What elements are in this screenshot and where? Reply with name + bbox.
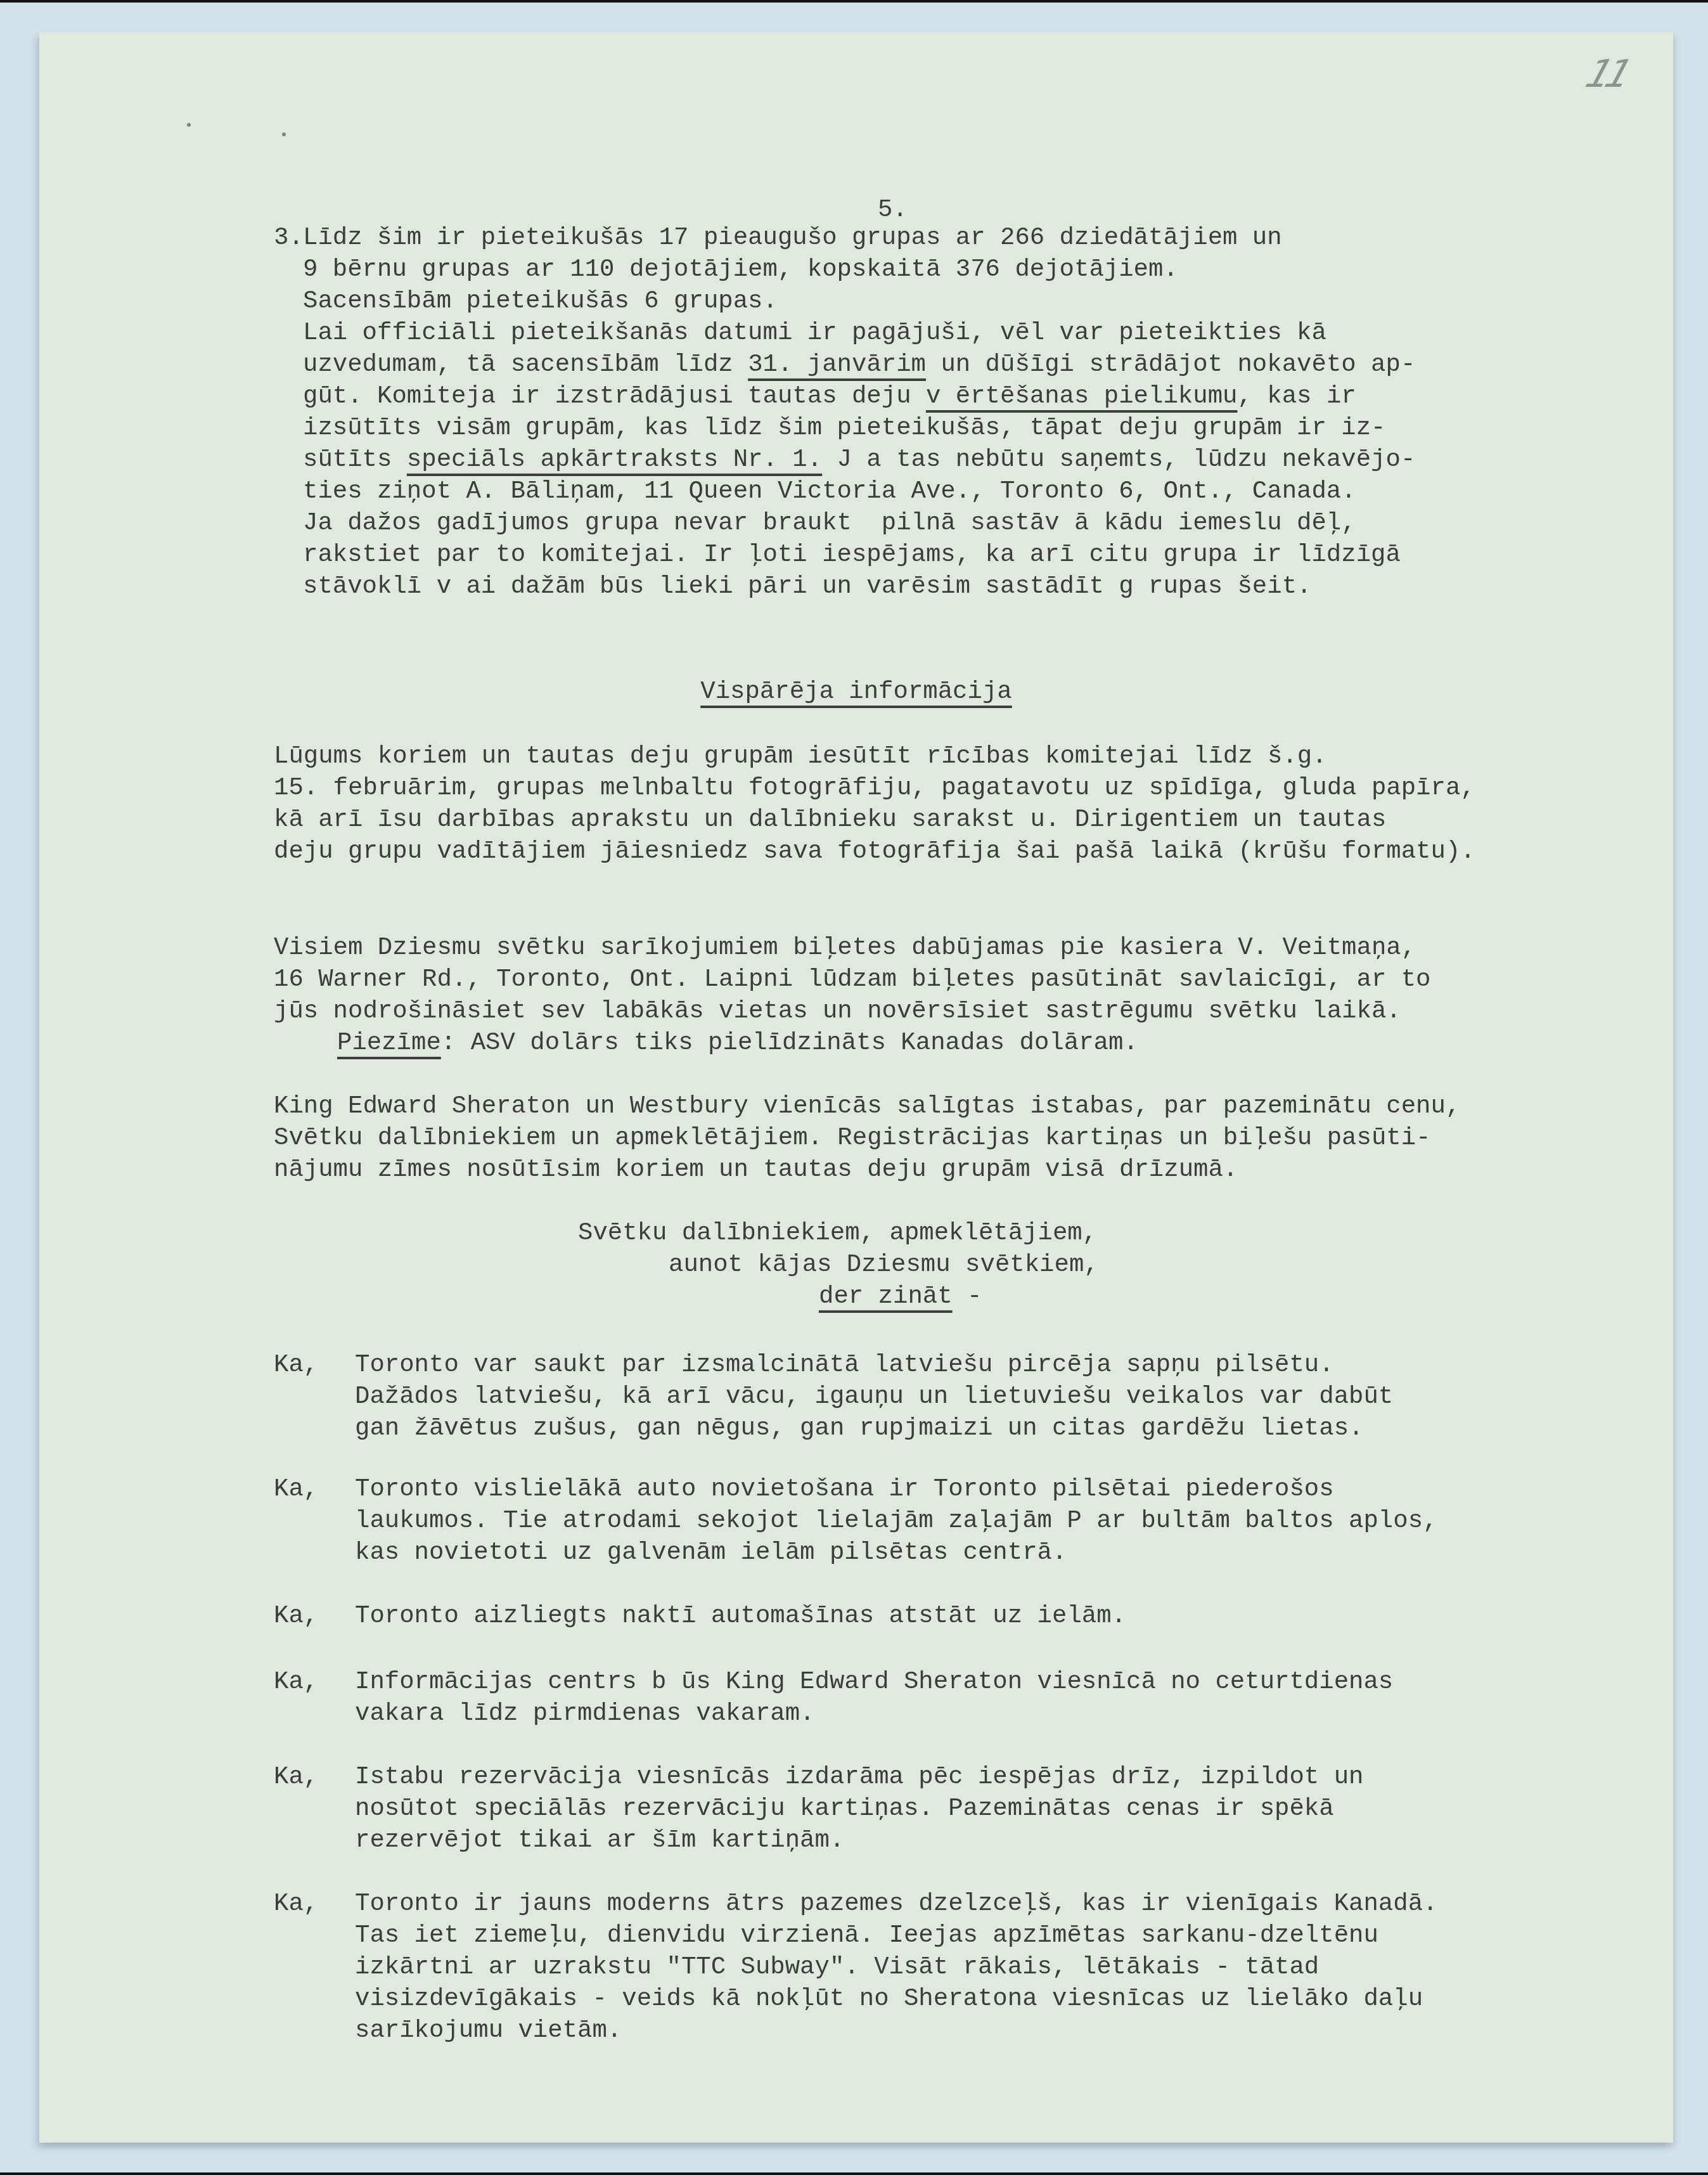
item-prefix: Ka, [274, 1349, 318, 1381]
page-number: 5. [878, 194, 908, 226]
heading-general-info: Vispārēja informācija [39, 676, 1673, 707]
paper-speck [282, 132, 286, 136]
item-line: laukumos. Tie atrodami sekojot lielajām … [355, 1505, 1437, 1537]
item-prefix: Ka, [274, 1888, 318, 1920]
section-number: 3. [274, 222, 304, 254]
item-line: izkārtni ar uzrakstu "TTC Subway". Visāt… [355, 1951, 1319, 1983]
section-3-line: 9 bērnu grupas ar 110 dejotājiem, kopska… [303, 254, 1178, 285]
text-segment: sūtīts [303, 446, 407, 474]
section-3-line: sūtīts speciāls apkārtraksts Nr. 1. J a … [303, 444, 1415, 475]
note-line: Piezīme: ASV dolārs tiks pielīdzināts Ka… [337, 1027, 1138, 1059]
item-prefix: Ka, [274, 1666, 318, 1698]
section-3-line: izsūtīts visām grupām, kas līdz šim piet… [303, 412, 1385, 444]
item-line: Toronto var saukt par izsmalcinātā latvi… [355, 1349, 1334, 1381]
hotels-line: Svētku dalībniekiem un apmeklētājiem. Re… [274, 1122, 1431, 1154]
photos-line: 15. februārim, grupas melnbaltu fotogrāf… [274, 772, 1475, 804]
item-line: Informācijas centrs b ūs King Edward She… [355, 1666, 1393, 1698]
text-segment: J a tas nebūtu saņemts, lūdzu nekavējo- [822, 446, 1415, 474]
item-line: visizdevīgākais - veids kā nokļūt no She… [355, 1983, 1423, 2015]
item-line: Istabu rezervācija viesnīcās izdarāma pē… [355, 1761, 1363, 1793]
paper-speck [187, 123, 191, 127]
section-3-line: Līdz šim ir pieteikušās 17 pieaugušo gru… [303, 222, 1282, 254]
item-line: Dažādos latviešu, kā arī vācu, igauņu un… [355, 1381, 1393, 1412]
underlined-text: 31. janvārim [748, 351, 926, 378]
hotels-line: nājumu zīmes nosūtīsim koriem un tautas … [274, 1154, 1238, 1185]
heading-text: Vispārēja informācija [700, 678, 1011, 706]
item-prefix: Ka, [274, 1761, 318, 1793]
intro-line-2: aunot kājas Dziesmu svētkiem, [669, 1249, 1099, 1281]
section-3-line: Ja dažos gadījumos grupa nevar braukt pi… [303, 507, 1356, 539]
hotels-line: King Edward Sheraton un Westbury vienīcā… [274, 1090, 1460, 1122]
section-3-line: rakstiet par to komitejai. Ir ļoti iespē… [303, 539, 1401, 571]
item-line: Toronto vislielākā auto novietošana ir T… [355, 1473, 1334, 1505]
item-prefix: Ka, [274, 1600, 318, 1632]
photos-line: Lūgums koriem un tautas deju grupām iesū… [274, 740, 1327, 772]
item-line: vakara līdz pirmdienas vakaram. [355, 1698, 815, 1729]
section-3-line: uzvedumam, tā sacensībām līdz 31. janvār… [303, 349, 1415, 380]
item-line: Toronto aizliegts naktī automašīnas atst… [355, 1600, 1126, 1632]
item-line: kas novietoti uz galvenām ielām pilsētas… [355, 1537, 1067, 1568]
item-prefix: Ka, [274, 1473, 318, 1505]
item-line: Toronto ir jauns moderns ātrs pazemes dz… [355, 1888, 1437, 1920]
tickets-line: Visiem Dziesmu svētku sarīkojumiem biļet… [274, 932, 1416, 964]
intro-line-3: der zināt - [819, 1281, 982, 1312]
note-label: Piezīme [337, 1029, 441, 1057]
photos-line: deju grupu vadītājiem jāiesniedz sava fo… [274, 836, 1475, 867]
tickets-line: 16 Warner Rd., Toronto, Ont. Laipni lūdz… [274, 964, 1431, 995]
section-3-line: Lai officiāli pieteikšanās datumi ir pag… [303, 317, 1326, 349]
underlined-text: v ērtēšanas pielikumu [926, 382, 1237, 410]
section-3-line: gūt. Komiteja ir izstrādājusi tautas dej… [303, 380, 1356, 412]
intro-suffix: - [953, 1282, 982, 1310]
section-3-line: stāvoklī v ai dažām būs lieki pāri un va… [303, 571, 1311, 602]
section-3-line: ties ziņot A. Bāliņam, 11 Queen Victoria… [303, 475, 1356, 507]
intro-line-1: Svētku dalībniekiem, apmeklētājiem, [578, 1217, 1097, 1249]
tickets-line: jūs nodrošināsiet sev labākās vietas un … [274, 995, 1401, 1027]
intro-underlined: der zināt [819, 1282, 953, 1310]
item-line: sarīkojumu vietām. [355, 2015, 622, 2046]
item-line: nosūtot speciālās rezervāciju kartiņas. … [355, 1793, 1334, 1824]
section-3-line: Sacensībām pieteikušās 6 grupas. [303, 285, 778, 317]
underlined-text: speciāls apkārtraksts Nr. 1. [407, 446, 822, 474]
text-segment: un dūšīgi strādājot nokavēto ap- [926, 351, 1415, 378]
item-line: gan žāvētus zušus, gan nēgus, gan rupjma… [355, 1412, 1363, 1444]
note-text: : ASV dolārs tiks pielīdzināts Kanadas d… [441, 1029, 1138, 1057]
photos-line: kā arī īsu darbības aprakstu un dalībnie… [274, 804, 1386, 836]
text-segment: uzvedumam, tā sacensībām līdz [303, 351, 748, 378]
text-segment: gūt. Komiteja ir izstrādājusi tautas dej… [303, 382, 926, 410]
item-line: Tas iet ziemeļu, dienvidu virzienā. Ieej… [355, 1920, 1378, 1951]
text-segment: , kas ir [1237, 382, 1356, 410]
item-line: rezervējot tikai ar šīm kartiņām. [355, 1824, 844, 1856]
